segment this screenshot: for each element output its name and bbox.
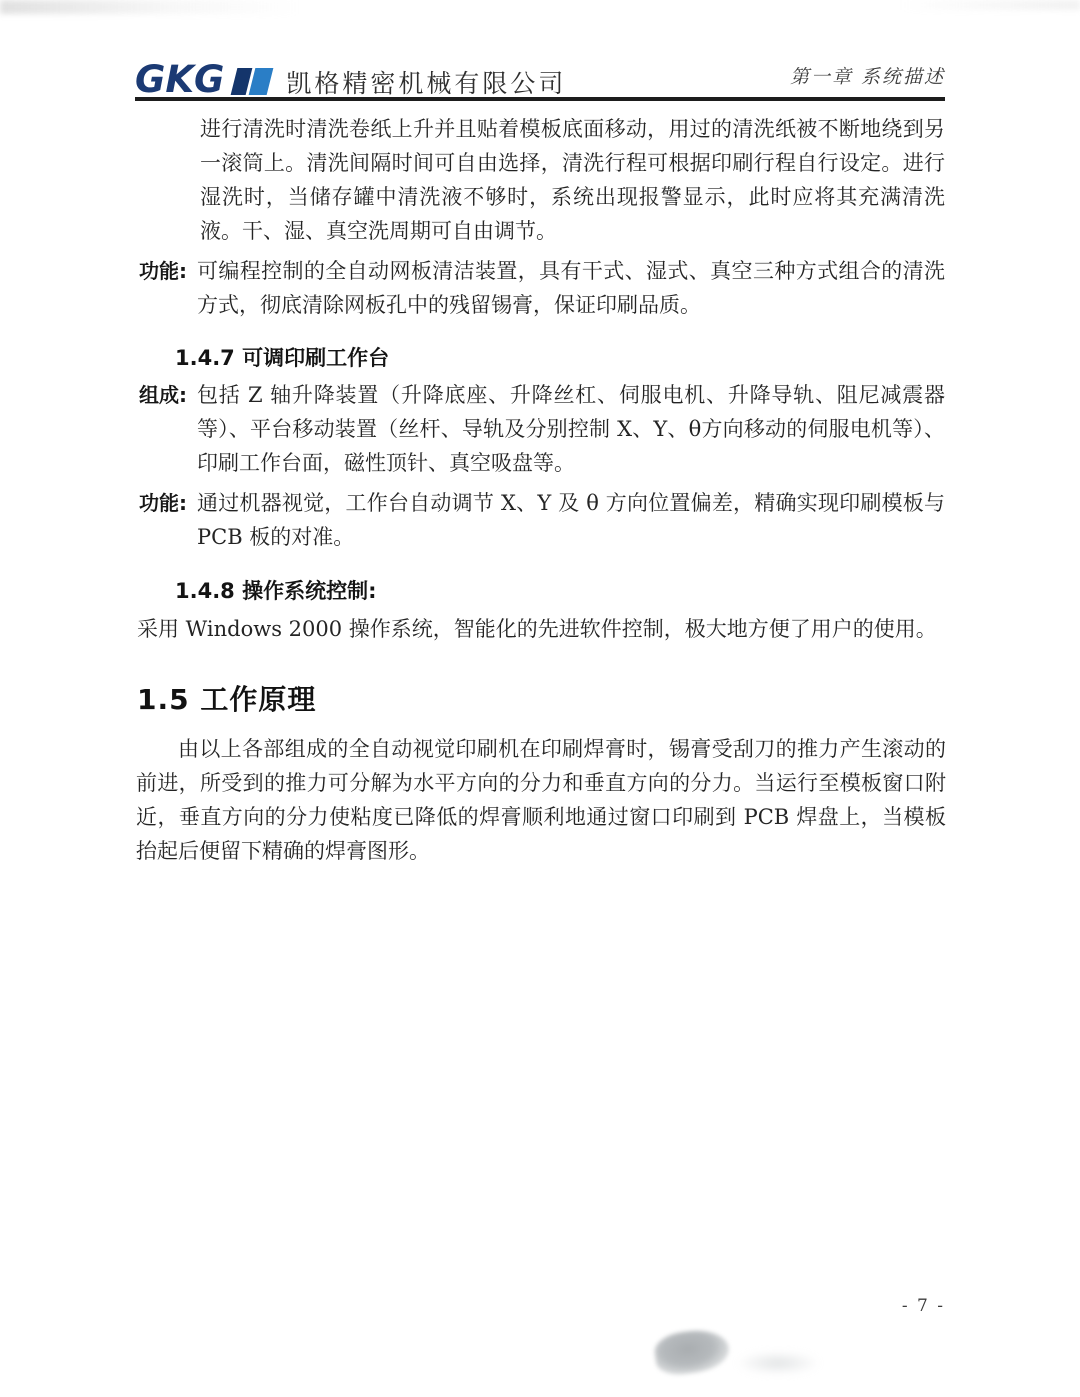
composition-text: 包括 Z 轴升降装置（升降底座、升降丝杠、伺服电机、升降导轨、阻尼减震器等）、平… — [197, 378, 945, 480]
section-heading-1-5: 1.5 工作原理 — [137, 678, 316, 718]
function-label: 功能: — [139, 486, 187, 520]
scan-smudge-faint-icon — [738, 1352, 818, 1374]
function-text: 可编程控制的全自动网板清洁装置，具有干式、湿式、真空三种方式组合的清洗方式，彻底… — [197, 254, 945, 322]
page-number: - 7 - — [902, 1296, 945, 1316]
page-header-left: GKG 凯格精密机械有限公司 — [135, 60, 566, 100]
paragraph-cleaning-continuation: 进行清洗时清洗卷纸上升并且贴着模板底面移动，用过的清洗纸被不断地绕到另一滚筒上。… — [200, 112, 945, 248]
composition-block-worktable: 组成: 包括 Z 轴升降装置（升降底座、升降丝杠、伺服电机、升降导轨、阻尼减震器… — [135, 378, 945, 480]
function-text: 通过机器视觉，工作台自动调节 X、Y 及 θ 方向位置偏差，精确实现印刷模板与 … — [197, 486, 945, 554]
manual-page: GKG 凯格精密机械有限公司 第一章 系统描述 进行清洗时清洗卷纸上升并且贴着模… — [0, 0, 1080, 1397]
composition-label: 组成: — [139, 378, 187, 412]
chapter-title: 第一章 系统描述 — [790, 62, 945, 89]
section-heading-1-4-8: 1.4.8 操作系统控制: — [175, 575, 377, 605]
paragraph-os-control: 采用 Windows 2000 操作系统，智能化的先进软件控制，极大地方便了用户… — [137, 612, 945, 646]
header-rule — [135, 97, 945, 101]
paragraph-working-principle: 由以上各部组成的全自动视觉印刷机在印刷焊膏时，锡膏受刮刀的推力产生滚动的前进，所… — [136, 732, 946, 868]
company-name: 凯格精密机械有限公司 — [286, 64, 566, 100]
function-label: 功能: — [139, 254, 187, 288]
scan-smudge-icon — [653, 1327, 732, 1378]
scan-streak-top-left — [0, 0, 300, 14]
scan-streak-top-right — [900, 0, 1080, 10]
function-block-cleaning: 功能: 可编程控制的全自动网板清洁装置，具有干式、湿式、真空三种方式组合的清洗方… — [135, 254, 945, 322]
function-block-worktable: 功能: 通过机器视觉，工作台自动调节 X、Y 及 θ 方向位置偏差，精确实现印刷… — [135, 486, 945, 554]
logo-light-block-icon — [249, 68, 274, 95]
gkg-logo-mark-icon — [234, 68, 270, 95]
gkg-logo-text: GKG — [135, 62, 224, 98]
section-heading-1-4-7: 1.4.7 可调印刷工作台 — [175, 342, 389, 372]
